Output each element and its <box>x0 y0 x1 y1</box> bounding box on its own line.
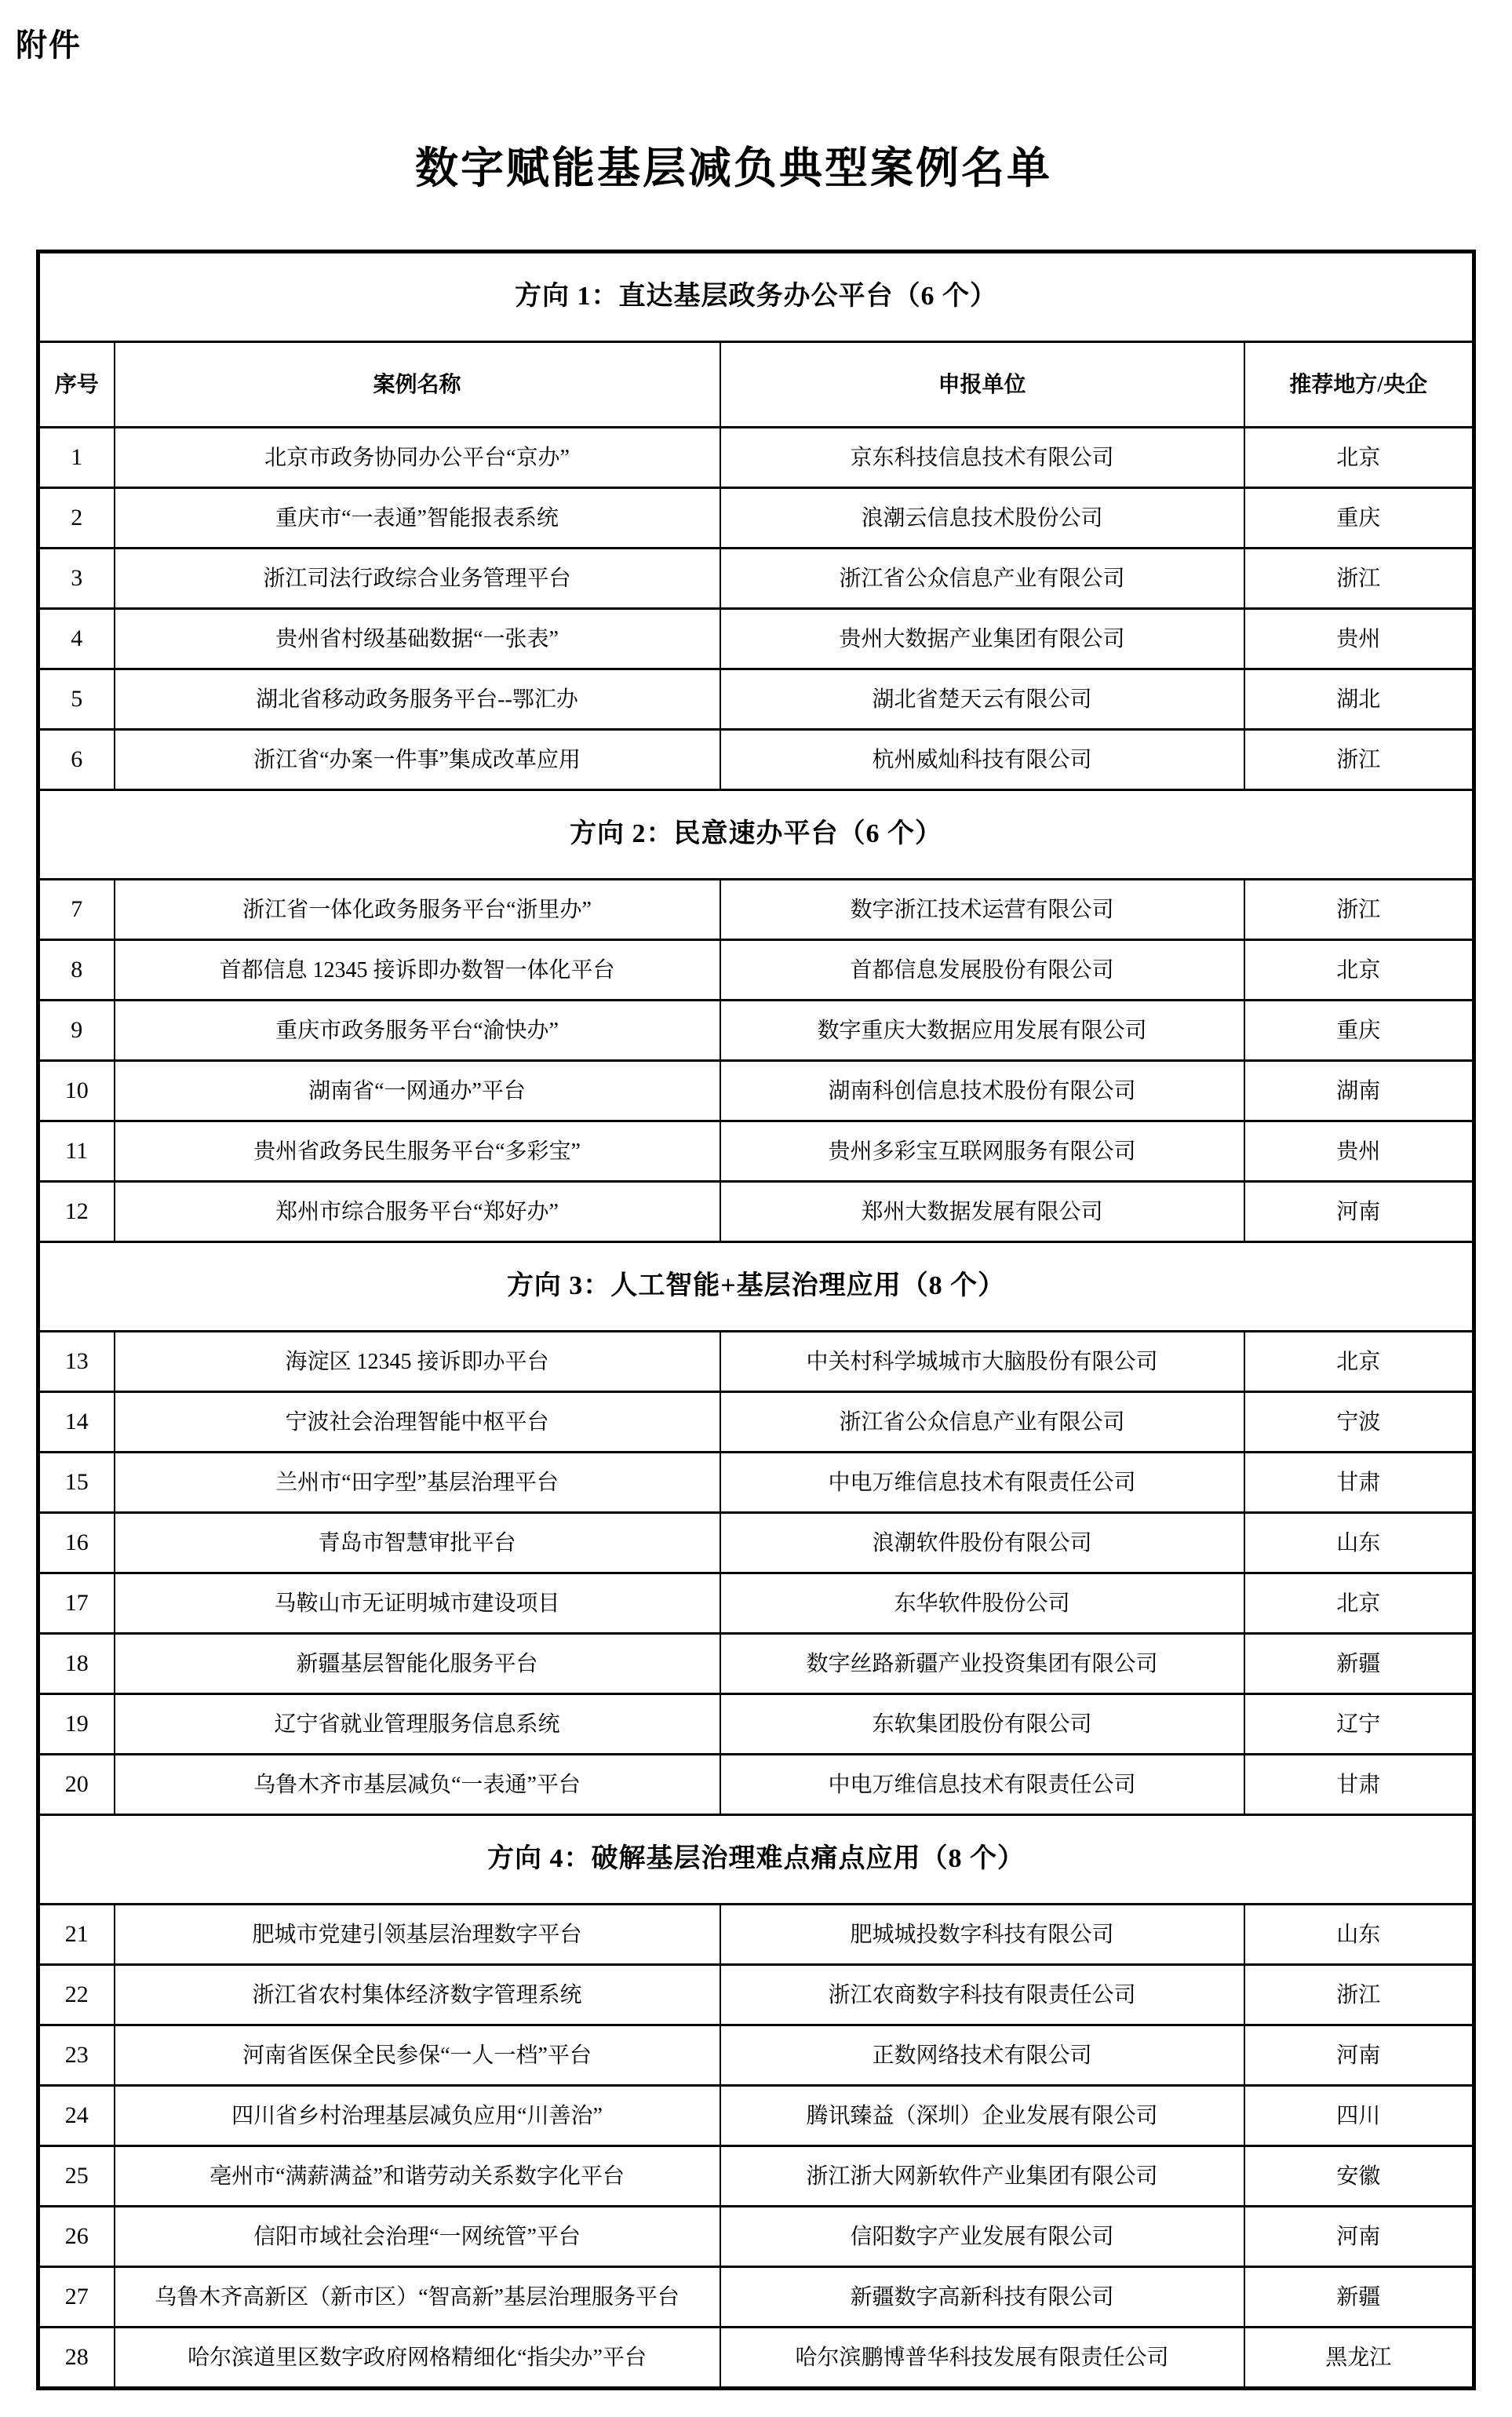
cell-region: 四川 <box>1244 2086 1474 2146</box>
col-header-index: 序号 <box>38 342 115 428</box>
cell-index: 24 <box>38 2086 115 2146</box>
section-header-label: 方向 1：直达基层政务办公平台（6 个） <box>38 252 1474 342</box>
cell-case-name: 湖南省“一网通办”平台 <box>115 1061 720 1121</box>
cell-case-name: 浙江省“办案一件事”集成改革应用 <box>115 730 720 790</box>
cell-case-name: 郑州市综合服务平台“郑好办” <box>115 1182 720 1242</box>
cell-index: 17 <box>38 1573 115 1634</box>
cell-case-name: 乌鲁木齐市基层减负“一表通”平台 <box>115 1755 720 1815</box>
cell-region: 新疆 <box>1244 2267 1474 2328</box>
cell-region: 宁波 <box>1244 1392 1474 1453</box>
cell-applicant: 京东科技信息技术有限公司 <box>720 428 1244 488</box>
cell-index: 25 <box>38 2146 115 2207</box>
table-row: 5 湖北省移动政务服务平台--鄂汇办 湖北省楚天云有限公司 湖北 <box>38 669 1474 730</box>
cell-region: 重庆 <box>1244 488 1474 549</box>
cell-region: 浙江 <box>1244 1965 1474 2025</box>
cell-region: 北京 <box>1244 1332 1474 1392</box>
cell-index: 11 <box>38 1121 115 1182</box>
cell-index: 23 <box>38 2025 115 2086</box>
col-header-case-name: 案例名称 <box>115 342 720 428</box>
cell-case-name: 浙江司法行政综合业务管理平台 <box>115 549 720 609</box>
cell-index: 6 <box>38 730 115 790</box>
cell-region: 山东 <box>1244 1905 1474 1965</box>
table-row: 1 北京市政务协同办公平台“京办” 京东科技信息技术有限公司 北京 <box>38 428 1474 488</box>
table-row: 9 重庆市政务服务平台“渝快办” 数字重庆大数据应用发展有限公司 重庆 <box>38 1001 1474 1061</box>
cell-case-name: 哈尔滨道里区数字政府网格精细化“指尖办”平台 <box>115 2328 720 2389</box>
cell-index: 20 <box>38 1755 115 1815</box>
cell-index: 22 <box>38 1965 115 2025</box>
cell-region: 河南 <box>1244 1182 1474 1242</box>
cell-index: 28 <box>38 2328 115 2389</box>
table-row: 2 重庆市“一表通”智能报表系统 浪潮云信息技术股份公司 重庆 <box>38 488 1474 549</box>
table-row: 24 四川省乡村治理基层减负应用“川善治” 腾讯臻益（深圳）企业发展有限公司 四… <box>38 2086 1474 2146</box>
cell-index: 19 <box>38 1694 115 1755</box>
cell-case-name: 海淀区 12345 接诉即办平台 <box>115 1332 720 1392</box>
table-row: 17 马鞍山市无证明城市建设项目 东华软件股份公司 北京 <box>38 1573 1474 1634</box>
cell-applicant: 腾讯臻益（深圳）企业发展有限公司 <box>720 2086 1244 2146</box>
cell-case-name: 亳州市“满薪满益”和谐劳动关系数字化平台 <box>115 2146 720 2207</box>
cell-index: 13 <box>38 1332 115 1392</box>
document-page: 附件 数字赋能基层减负典型案例名单 方向 1：直达基层政务办公平台（6 个） 序… <box>0 0 1512 2417</box>
table-row: 8 首都信息 12345 接诉即办数智一体化平台 首都信息发展股份有限公司 北京 <box>38 940 1474 1001</box>
cell-applicant: 湖南科创信息技术股份有限公司 <box>720 1061 1244 1121</box>
cell-region: 山东 <box>1244 1513 1474 1573</box>
cell-index: 2 <box>38 488 115 549</box>
cell-case-name: 湖北省移动政务服务平台--鄂汇办 <box>115 669 720 730</box>
cell-case-name: 宁波社会治理智能中枢平台 <box>115 1392 720 1453</box>
table-row: 16 青岛市智慧审批平台 浪潮软件股份有限公司 山东 <box>38 1513 1474 1573</box>
cell-applicant: 正数网络技术有限公司 <box>720 2025 1244 2086</box>
cell-applicant: 中关村科学城城市大脑股份有限公司 <box>720 1332 1244 1392</box>
cell-region: 北京 <box>1244 428 1474 488</box>
cell-applicant: 中电万维信息技术有限责任公司 <box>720 1453 1244 1513</box>
cases-table: 方向 1：直达基层政务办公平台（6 个） 序号 案例名称 申报单位 推荐地方/央… <box>36 250 1476 2390</box>
table-row: 12 郑州市综合服务平台“郑好办” 郑州大数据发展有限公司 河南 <box>38 1182 1474 1242</box>
cell-case-name: 河南省医保全民参保“一人一档”平台 <box>115 2025 720 2086</box>
cell-applicant: 中电万维信息技术有限责任公司 <box>720 1755 1244 1815</box>
table-row: 4 贵州省村级基础数据“一张表” 贵州大数据产业集团有限公司 贵州 <box>38 609 1474 669</box>
table-row: 28 哈尔滨道里区数字政府网格精细化“指尖办”平台 哈尔滨鹏博普华科技发展有限责… <box>38 2328 1474 2389</box>
cell-applicant: 首都信息发展股份有限公司 <box>720 940 1244 1001</box>
section-header-label: 方向 3：人工智能+基层治理应用（8 个） <box>38 1242 1474 1332</box>
cell-index: 27 <box>38 2267 115 2328</box>
cell-index: 26 <box>38 2207 115 2267</box>
cell-region: 河南 <box>1244 2207 1474 2267</box>
cell-region: 浙江 <box>1244 730 1474 790</box>
section-header-row: 方向 3：人工智能+基层治理应用（8 个） <box>38 1242 1474 1332</box>
cell-region: 湖北 <box>1244 669 1474 730</box>
cell-region: 北京 <box>1244 940 1474 1001</box>
col-header-region: 推荐地方/央企 <box>1244 342 1474 428</box>
cell-region: 河南 <box>1244 2025 1474 2086</box>
table-row: 19 辽宁省就业管理服务信息系统 东软集团股份有限公司 辽宁 <box>38 1694 1474 1755</box>
cell-applicant: 浙江省公众信息产业有限公司 <box>720 1392 1244 1453</box>
cell-region: 北京 <box>1244 1573 1474 1634</box>
cell-index: 18 <box>38 1634 115 1694</box>
section-header-row: 方向 1：直达基层政务办公平台（6 个） <box>38 252 1474 342</box>
cases-table-body: 方向 1：直达基层政务办公平台（6 个） 序号 案例名称 申报单位 推荐地方/央… <box>38 252 1474 2389</box>
cell-applicant: 浪潮软件股份有限公司 <box>720 1513 1244 1573</box>
cell-region: 黑龙江 <box>1244 2328 1474 2389</box>
table-row: 25 亳州市“满薪满益”和谐劳动关系数字化平台 浙江浙大网新软件产业集团有限公司… <box>38 2146 1474 2207</box>
section-header-label: 方向 2：民意速办平台（6 个） <box>38 790 1474 880</box>
cell-case-name: 重庆市政务服务平台“渝快办” <box>115 1001 720 1061</box>
cell-region: 甘肃 <box>1244 1755 1474 1815</box>
cell-case-name: 马鞍山市无证明城市建设项目 <box>115 1573 720 1634</box>
cell-index: 9 <box>38 1001 115 1061</box>
cell-applicant: 新疆数字高新科技有限公司 <box>720 2267 1244 2328</box>
cell-index: 8 <box>38 940 115 1001</box>
attachment-label: 附件 <box>16 20 82 65</box>
table-row: 23 河南省医保全民参保“一人一档”平台 正数网络技术有限公司 河南 <box>38 2025 1474 2086</box>
cell-region: 贵州 <box>1244 1121 1474 1182</box>
cell-region: 甘肃 <box>1244 1453 1474 1513</box>
cell-index: 12 <box>38 1182 115 1242</box>
cell-case-name: 浙江省农村集体经济数字管理系统 <box>115 1965 720 2025</box>
cell-applicant: 郑州大数据发展有限公司 <box>720 1182 1244 1242</box>
cell-applicant: 数字重庆大数据应用发展有限公司 <box>720 1001 1244 1061</box>
cell-applicant: 浙江浙大网新软件产业集团有限公司 <box>720 2146 1244 2207</box>
cell-region: 安徽 <box>1244 2146 1474 2207</box>
cell-case-name: 重庆市“一表通”智能报表系统 <box>115 488 720 549</box>
cell-applicant: 杭州威灿科技有限公司 <box>720 730 1244 790</box>
cell-region: 浙江 <box>1244 880 1474 940</box>
cell-case-name: 青岛市智慧审批平台 <box>115 1513 720 1573</box>
cell-applicant: 数字浙江技术运营有限公司 <box>720 880 1244 940</box>
table-row: 27 乌鲁木齐高新区（新市区）“智高新”基层治理服务平台 新疆数字高新科技有限公… <box>38 2267 1474 2328</box>
cell-applicant: 东华软件股份公司 <box>720 1573 1244 1634</box>
cell-region: 浙江 <box>1244 549 1474 609</box>
cell-case-name: 浙江省一体化政务服务平台“浙里办” <box>115 880 720 940</box>
table-row: 10 湖南省“一网通办”平台 湖南科创信息技术股份有限公司 湖南 <box>38 1061 1474 1121</box>
table-row: 18 新疆基层智能化服务平台 数字丝路新疆产业投资集团有限公司 新疆 <box>38 1634 1474 1694</box>
cell-index: 4 <box>38 609 115 669</box>
cell-applicant: 数字丝路新疆产业投资集团有限公司 <box>720 1634 1244 1694</box>
cell-index: 7 <box>38 880 115 940</box>
cell-region: 新疆 <box>1244 1634 1474 1694</box>
cell-region: 辽宁 <box>1244 1694 1474 1755</box>
cell-case-name: 信阳市域社会治理“一网统管”平台 <box>115 2207 720 2267</box>
section-header-row: 方向 4：破解基层治理难点痛点应用（8 个） <box>38 1815 1474 1905</box>
cell-index: 14 <box>38 1392 115 1453</box>
cell-index: 3 <box>38 549 115 609</box>
cell-region: 重庆 <box>1244 1001 1474 1061</box>
cell-case-name: 乌鲁木齐高新区（新市区）“智高新”基层治理服务平台 <box>115 2267 720 2328</box>
cell-case-name: 北京市政务协同办公平台“京办” <box>115 428 720 488</box>
cell-case-name: 贵州省村级基础数据“一张表” <box>115 609 720 669</box>
cell-applicant: 东软集团股份有限公司 <box>720 1694 1244 1755</box>
cell-applicant: 浙江农商数字科技有限责任公司 <box>720 1965 1244 2025</box>
table-row: 22 浙江省农村集体经济数字管理系统 浙江农商数字科技有限责任公司 浙江 <box>38 1965 1474 2025</box>
cell-applicant: 贵州多彩宝互联网服务有限公司 <box>720 1121 1244 1182</box>
cell-region: 湖南 <box>1244 1061 1474 1121</box>
table-row: 11 贵州省政务民生服务平台“多彩宝” 贵州多彩宝互联网服务有限公司 贵州 <box>38 1121 1474 1182</box>
table-row: 20 乌鲁木齐市基层减负“一表通”平台 中电万维信息技术有限责任公司 甘肃 <box>38 1755 1474 1815</box>
cell-index: 16 <box>38 1513 115 1573</box>
column-header-row: 序号 案例名称 申报单位 推荐地方/央企 <box>38 342 1474 428</box>
cell-applicant: 浪潮云信息技术股份公司 <box>720 488 1244 549</box>
cell-index: 5 <box>38 669 115 730</box>
cell-applicant: 肥城城投数字科技有限公司 <box>720 1905 1244 1965</box>
cell-case-name: 首都信息 12345 接诉即办数智一体化平台 <box>115 940 720 1001</box>
table-row: 21 肥城市党建引领基层治理数字平台 肥城城投数字科技有限公司 山东 <box>38 1905 1474 1965</box>
page-title: 数字赋能基层减负典型案例名单 <box>0 133 1467 195</box>
cell-case-name: 肥城市党建引领基层治理数字平台 <box>115 1905 720 1965</box>
cell-applicant: 浙江省公众信息产业有限公司 <box>720 549 1244 609</box>
cell-region: 贵州 <box>1244 609 1474 669</box>
cell-case-name: 四川省乡村治理基层减负应用“川善治” <box>115 2086 720 2146</box>
table-row: 3 浙江司法行政综合业务管理平台 浙江省公众信息产业有限公司 浙江 <box>38 549 1474 609</box>
cell-case-name: 新疆基层智能化服务平台 <box>115 1634 720 1694</box>
cell-index: 15 <box>38 1453 115 1513</box>
cell-case-name: 贵州省政务民生服务平台“多彩宝” <box>115 1121 720 1182</box>
cell-applicant: 哈尔滨鹏博普华科技发展有限责任公司 <box>720 2328 1244 2389</box>
cell-case-name: 辽宁省就业管理服务信息系统 <box>115 1694 720 1755</box>
cell-index: 1 <box>38 428 115 488</box>
cell-applicant: 贵州大数据产业集团有限公司 <box>720 609 1244 669</box>
cell-index: 21 <box>38 1905 115 1965</box>
section-header-label: 方向 4：破解基层治理难点痛点应用（8 个） <box>38 1815 1474 1905</box>
cell-case-name: 兰州市“田字型”基层治理平台 <box>115 1453 720 1513</box>
col-header-applicant: 申报单位 <box>720 342 1244 428</box>
table-row: 14 宁波社会治理智能中枢平台 浙江省公众信息产业有限公司 宁波 <box>38 1392 1474 1453</box>
table-row: 7 浙江省一体化政务服务平台“浙里办” 数字浙江技术运营有限公司 浙江 <box>38 880 1474 940</box>
table-row: 26 信阳市域社会治理“一网统管”平台 信阳数字产业发展有限公司 河南 <box>38 2207 1474 2267</box>
cell-applicant: 信阳数字产业发展有限公司 <box>720 2207 1244 2267</box>
table-row: 6 浙江省“办案一件事”集成改革应用 杭州威灿科技有限公司 浙江 <box>38 730 1474 790</box>
table-row: 13 海淀区 12345 接诉即办平台 中关村科学城城市大脑股份有限公司 北京 <box>38 1332 1474 1392</box>
cell-applicant: 湖北省楚天云有限公司 <box>720 669 1244 730</box>
cell-index: 10 <box>38 1061 115 1121</box>
section-header-row: 方向 2：民意速办平台（6 个） <box>38 790 1474 880</box>
table-row: 15 兰州市“田字型”基层治理平台 中电万维信息技术有限责任公司 甘肃 <box>38 1453 1474 1513</box>
